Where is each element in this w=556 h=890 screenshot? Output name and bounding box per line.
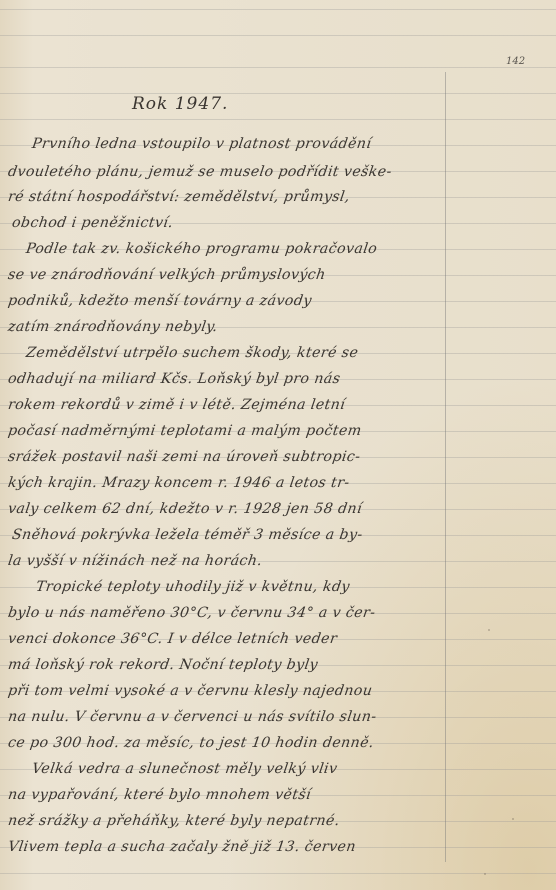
text-line: na vypařování, které bylo mnohem větší (7, 787, 312, 803)
text-line: Sněhová pokrývka ležela téměř 3 měsíce a… (11, 527, 364, 543)
page-heading: Rok 1947. (132, 94, 228, 114)
text-line: podniků, kdežto menší továrny a závody (7, 293, 313, 309)
text-line: ré státní hospodářství: zemědělství, prů… (7, 189, 351, 205)
text-line: rokem rekordů v zimě i v létě. Zejména l… (7, 397, 346, 413)
text-line: Prvního ledna vstoupilo v platnost prová… (31, 136, 373, 152)
text-line: ce po 300 hod. za měsíc, to jest 10 hodi… (7, 735, 375, 751)
text-line: se ve znárodňování velkých průmyslových (7, 267, 327, 283)
text-line: kých krajin. Mrazy koncem r. 1946 a leto… (7, 475, 351, 491)
text-line: srážek postavil naši zemi na úroveň subt… (7, 449, 362, 465)
ruled-lines (0, 0, 556, 890)
text-line: Vlivem tepla a sucha začaly žně již 13. … (7, 839, 357, 855)
text-line: venci dokonce 36°C. I v délce letních ve… (7, 631, 338, 647)
text-line: na nulu. V červnu a v červenci u nás sví… (7, 709, 378, 725)
ink-speck (512, 818, 514, 820)
text-line: la vyšší v nížinách než na horách. (7, 553, 264, 569)
text-line: dvouletého plánu, jemuž se muselo podříd… (7, 164, 393, 180)
text-line: má loňský rok rekord. Noční teploty byly (7, 657, 319, 673)
text-line: Podle tak zv. košického programu pokračo… (25, 241, 378, 257)
text-line: Tropické teploty uhodily již v květnu, k… (35, 579, 351, 595)
ink-speck (488, 629, 490, 631)
text-line: Zemědělství utrpělo suchem škody, které … (25, 345, 359, 361)
ink-speck (484, 873, 486, 875)
manuscript-page: 142 Rok 1947. Prvního ledna vstoupilo v … (0, 0, 556, 890)
text-line: Velká vedra a slunečnost měly velký vliv (31, 761, 339, 777)
margin-line (445, 72, 446, 862)
text-line: počasí nadměrnými teplotami a malým počt… (7, 423, 363, 439)
text-line: odhadují na miliard Kčs. Loňský byl pro … (7, 371, 342, 387)
text-line: obchod i peněžnictví. (11, 215, 174, 231)
text-line: bylo u nás naměřeno 30°C, v červnu 34° a… (7, 605, 377, 621)
page-number: 142 (506, 56, 525, 67)
text-line: zatím znárodňovány nebyly. (7, 319, 219, 335)
text-line: než srážky a přeháňky, které byly nepatr… (7, 813, 341, 829)
text-line: valy celkem 62 dní, kdežto v r. 1928 jen… (7, 501, 363, 517)
text-line: při tom velmi vysoké a v červnu klesly n… (7, 683, 374, 699)
